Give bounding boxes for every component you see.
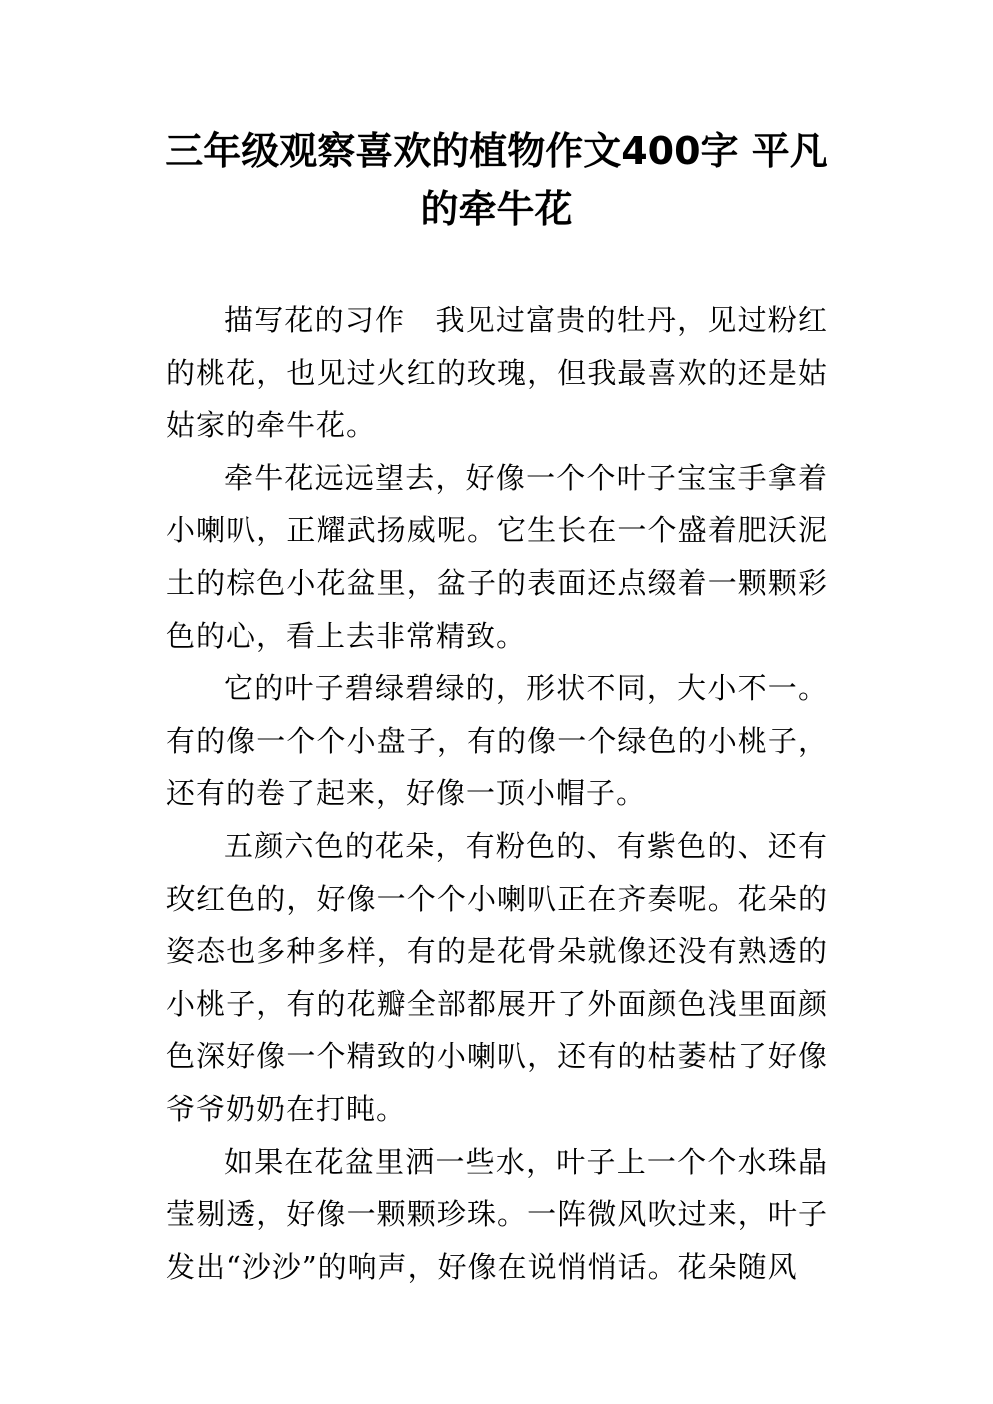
paragraph-2: 牵牛花远远望去，好像一个个叶子宝宝手拿着小喇叭，正耀武扬威呢。它生长在一个盛着肥… [166, 452, 828, 662]
paragraph-1: 描写花的习作我见过富贵的牡丹，见过粉红的桃花，也见过火红的玫瑰，但我最喜欢的还是… [166, 294, 828, 452]
document-page: 三年级观察喜欢的植物作文400字 平凡的牵牛花 描写花的习作我见过富贵的牡丹，见… [0, 0, 993, 1404]
paragraph-4: 五颜六色的花朵，有粉色的、有紫色的、还有玫红色的，好像一个个小喇叭正在齐奏呢。花… [166, 820, 828, 1136]
paragraph-5: 如果在花盆里洒一些水，叶子上一个个水珠晶莹剔透，好像一颗颗珍珠。一阵微风吹过来，… [166, 1136, 828, 1294]
paragraph-3: 它的叶子碧绿碧绿的，形状不同，大小不一。有的像一个个小盘子，有的像一个绿色的小桃… [166, 662, 828, 820]
paragraph-lead: 描写花的习作 [224, 303, 405, 337]
document-body: 描写花的习作我见过富贵的牡丹，见过粉红的桃花，也见过火红的玫瑰，但我最喜欢的还是… [166, 294, 828, 1293]
document-title: 三年级观察喜欢的植物作文400字 平凡的牵牛花 [150, 122, 843, 238]
